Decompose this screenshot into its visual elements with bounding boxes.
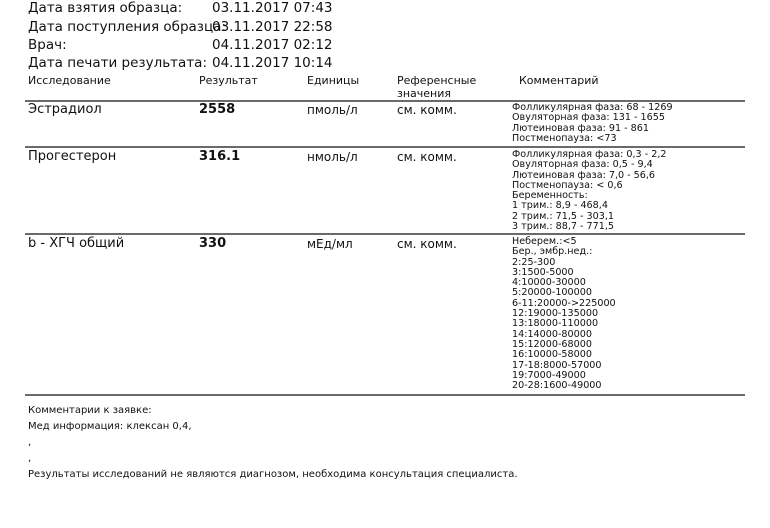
header-comment: Комментарий [519, 74, 599, 87]
meta-label: Дата взятия образца: [28, 0, 182, 17]
meta-value: 04.11.2017 02:12 [212, 37, 333, 54]
test-reference: см. комм. [397, 103, 457, 117]
test-comment: Неберем.:<5 Бер., эмбр.нед.: 2:25-300 3:… [512, 237, 616, 391]
test-reference: см. комм. [397, 150, 457, 164]
test-name: Прогестерон [28, 149, 116, 164]
header-result: Результат [199, 74, 258, 87]
header-test: Исследование [28, 74, 111, 87]
meta-label: Врач: [28, 37, 67, 54]
test-result: 316.1 [199, 149, 240, 164]
comment-line: , [28, 437, 31, 449]
test-comment: Фолликулярная фаза: 0,3 - 2,2 Овуляторна… [512, 150, 666, 232]
meta-value: 03.11.2017 07:43 [212, 0, 333, 17]
test-units: мЕд/мл [307, 237, 353, 251]
test-name: Эстрадиол [28, 102, 102, 117]
divider [25, 394, 745, 396]
test-name: b - ХГЧ общий [28, 236, 124, 251]
med-info: Мед информация: клексан 0,4, [28, 421, 192, 433]
meta-label: Дата поступления образца: [28, 19, 226, 36]
disclaimer: Результаты исследований не являются диаг… [28, 469, 518, 481]
comment-line: , [28, 453, 31, 465]
meta-value: 03.11.2017 22:58 [212, 19, 333, 36]
divider [25, 233, 745, 235]
comments-label: Комментарии к заявке: [28, 405, 152, 417]
test-result: 330 [199, 236, 226, 251]
header-reference: Референсные значения [397, 74, 476, 100]
header-reference-line2: значения [397, 87, 451, 100]
test-units: нмоль/л [307, 150, 358, 164]
meta-value: 04.11.2017 10:14 [212, 55, 333, 72]
test-comment: Фолликулярная фаза: 68 - 1269 Овуляторна… [512, 103, 673, 144]
test-units: пмоль/л [307, 103, 358, 117]
header-units: Единицы [307, 74, 359, 87]
test-reference: см. комм. [397, 237, 457, 251]
meta-label: Дата печати результата: [28, 55, 207, 72]
header-reference-line1: Референсные [397, 74, 476, 87]
divider [25, 146, 745, 148]
test-result: 2558 [199, 102, 235, 117]
